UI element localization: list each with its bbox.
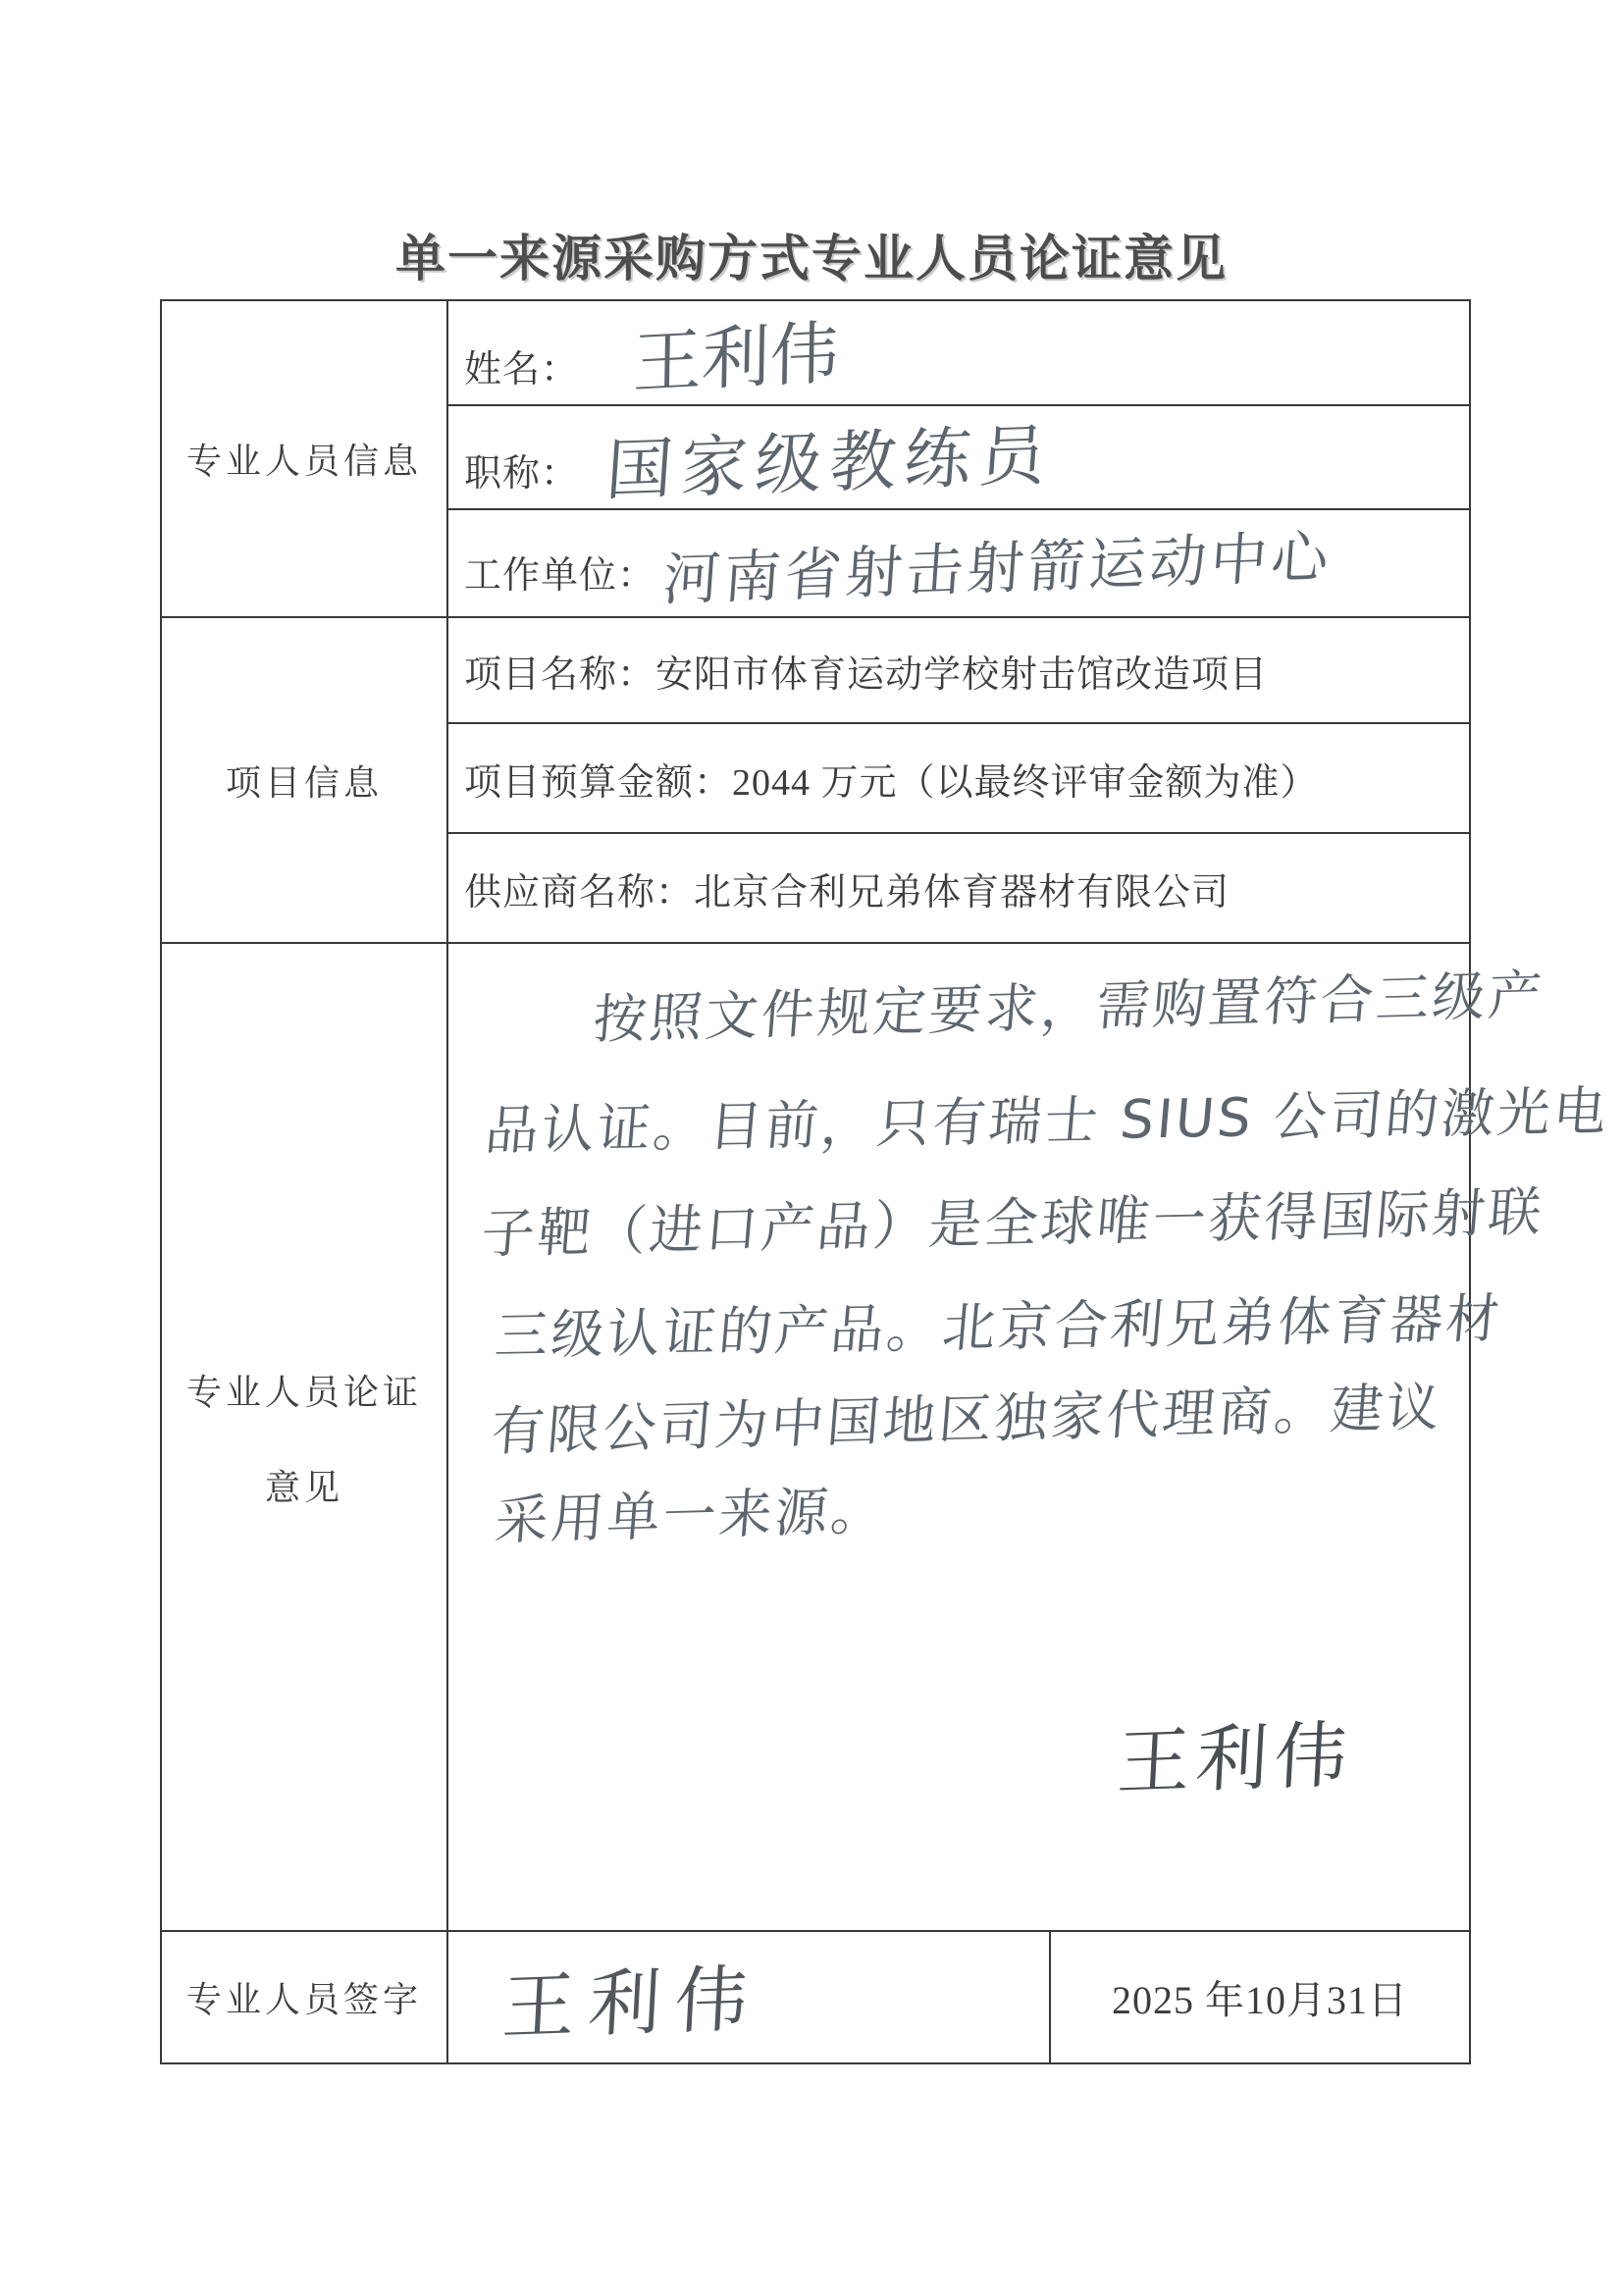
signature-date: 2025 年10月31日 bbox=[1050, 1931, 1470, 2063]
work-unit-field-label: 工作单位： bbox=[464, 555, 655, 597]
table-row: 项目信息 项目名称：安阳市体育运动学校射击馆改造项目 bbox=[161, 617, 1470, 723]
signature-handwritten-value: 王利伟 bbox=[499, 1941, 763, 2054]
opinion-handwritten-line: 子靶（进口产品）是全球唯一获得国际射联 bbox=[479, 1171, 1547, 1269]
supplier-name-field-cell: 供应商名称：北京合利兄弟体育器材有限公司 bbox=[447, 833, 1470, 943]
opinion-handwritten-line: 品认证。目前，只有瑞士 SIUS 公司的激光电 bbox=[483, 1070, 1613, 1165]
opinion-handwritten-line: 按照文件规定要求，需购置符合三级产 bbox=[591, 953, 1547, 1054]
table-row: 专业人员签字 王利伟 2025 年10月31日 bbox=[161, 1931, 1470, 2063]
page-title: 单一来源采购方式专业人员论证意见 bbox=[0, 218, 1623, 290]
job-title-field-cell: 职称：国家级教练员 bbox=[447, 405, 1470, 509]
opinion-signature-handwritten: 王利伟 bbox=[1115, 1697, 1355, 1810]
opinion-section-label-line2: 意见 bbox=[163, 1460, 445, 1510]
personnel-section-label: 专业人员信息 bbox=[161, 300, 447, 617]
project-name-field-value: 安阳市体育运动学校射击馆改造项目 bbox=[655, 654, 1268, 696]
opinion-handwritten-cell: 按照文件规定要求，需购置符合三级产 品认证。目前，只有瑞士 SIUS 公司的激光… bbox=[447, 943, 1470, 1931]
supplier-name-field-label: 供应商名称： bbox=[464, 872, 694, 913]
opinion-section-label-line1: 专业人员论证 bbox=[163, 1365, 445, 1415]
job-title-field-handwritten-value: 国家级教练员 bbox=[603, 401, 1058, 512]
opinion-handwritten-line: 三级认证的产品。北京合利兄弟体育器材 bbox=[493, 1277, 1506, 1370]
opinion-handwritten-line: 采用单一来源。 bbox=[493, 1469, 890, 1555]
signature-row-label: 专业人员签字 bbox=[161, 1931, 447, 2063]
name-field-handwritten-value: 王利伟 bbox=[632, 297, 839, 407]
opinion-section-label: 专业人员论证 意见 bbox=[161, 943, 447, 1931]
signature-handwritten-cell: 王利伟 bbox=[447, 1931, 1050, 2063]
project-section-label: 项目信息 bbox=[161, 617, 447, 943]
job-title-field-label: 职称： bbox=[464, 453, 579, 495]
project-name-field-cell: 项目名称：安阳市体育运动学校射击馆改造项目 bbox=[447, 617, 1470, 723]
name-field-label: 姓名： bbox=[464, 349, 579, 391]
project-budget-field-label: 项目预算金额： bbox=[464, 762, 732, 804]
work-unit-field-handwritten-value: 河南省射击射箭运动中心 bbox=[660, 510, 1335, 616]
project-budget-field-cell: 项目预算金额：2044 万元（以最终评审金额为准） bbox=[447, 723, 1470, 833]
project-name-field-label: 项目名称： bbox=[464, 654, 655, 696]
project-budget-field-value: 2044 万元（以最终评审金额为准） bbox=[732, 762, 1319, 804]
table-row: 专业人员信息 姓名：王利伟 bbox=[161, 300, 1470, 405]
work-unit-field-cell: 工作单位：河南省射击射箭运动中心 bbox=[447, 509, 1470, 617]
scanned-document-page: 单一来源采购方式专业人员论证意见 专业人员信息 姓名：王利伟 职称：国家级教练员… bbox=[0, 0, 1623, 2296]
opinion-handwritten-line: 有限公司为中国地区独家代理商。建议 bbox=[489, 1365, 1445, 1466]
supplier-name-field-value: 北京合利兄弟体育器材有限公司 bbox=[694, 872, 1230, 913]
name-field-cell: 姓名：王利伟 bbox=[447, 300, 1470, 405]
form-table: 专业人员信息 姓名：王利伟 职称：国家级教练员 工作单位：河南省射击射箭运动中心… bbox=[160, 299, 1471, 2064]
table-row: 专业人员论证 意见 按照文件规定要求，需购置符合三级产 品认证。目前，只有瑞士 … bbox=[161, 943, 1470, 1931]
